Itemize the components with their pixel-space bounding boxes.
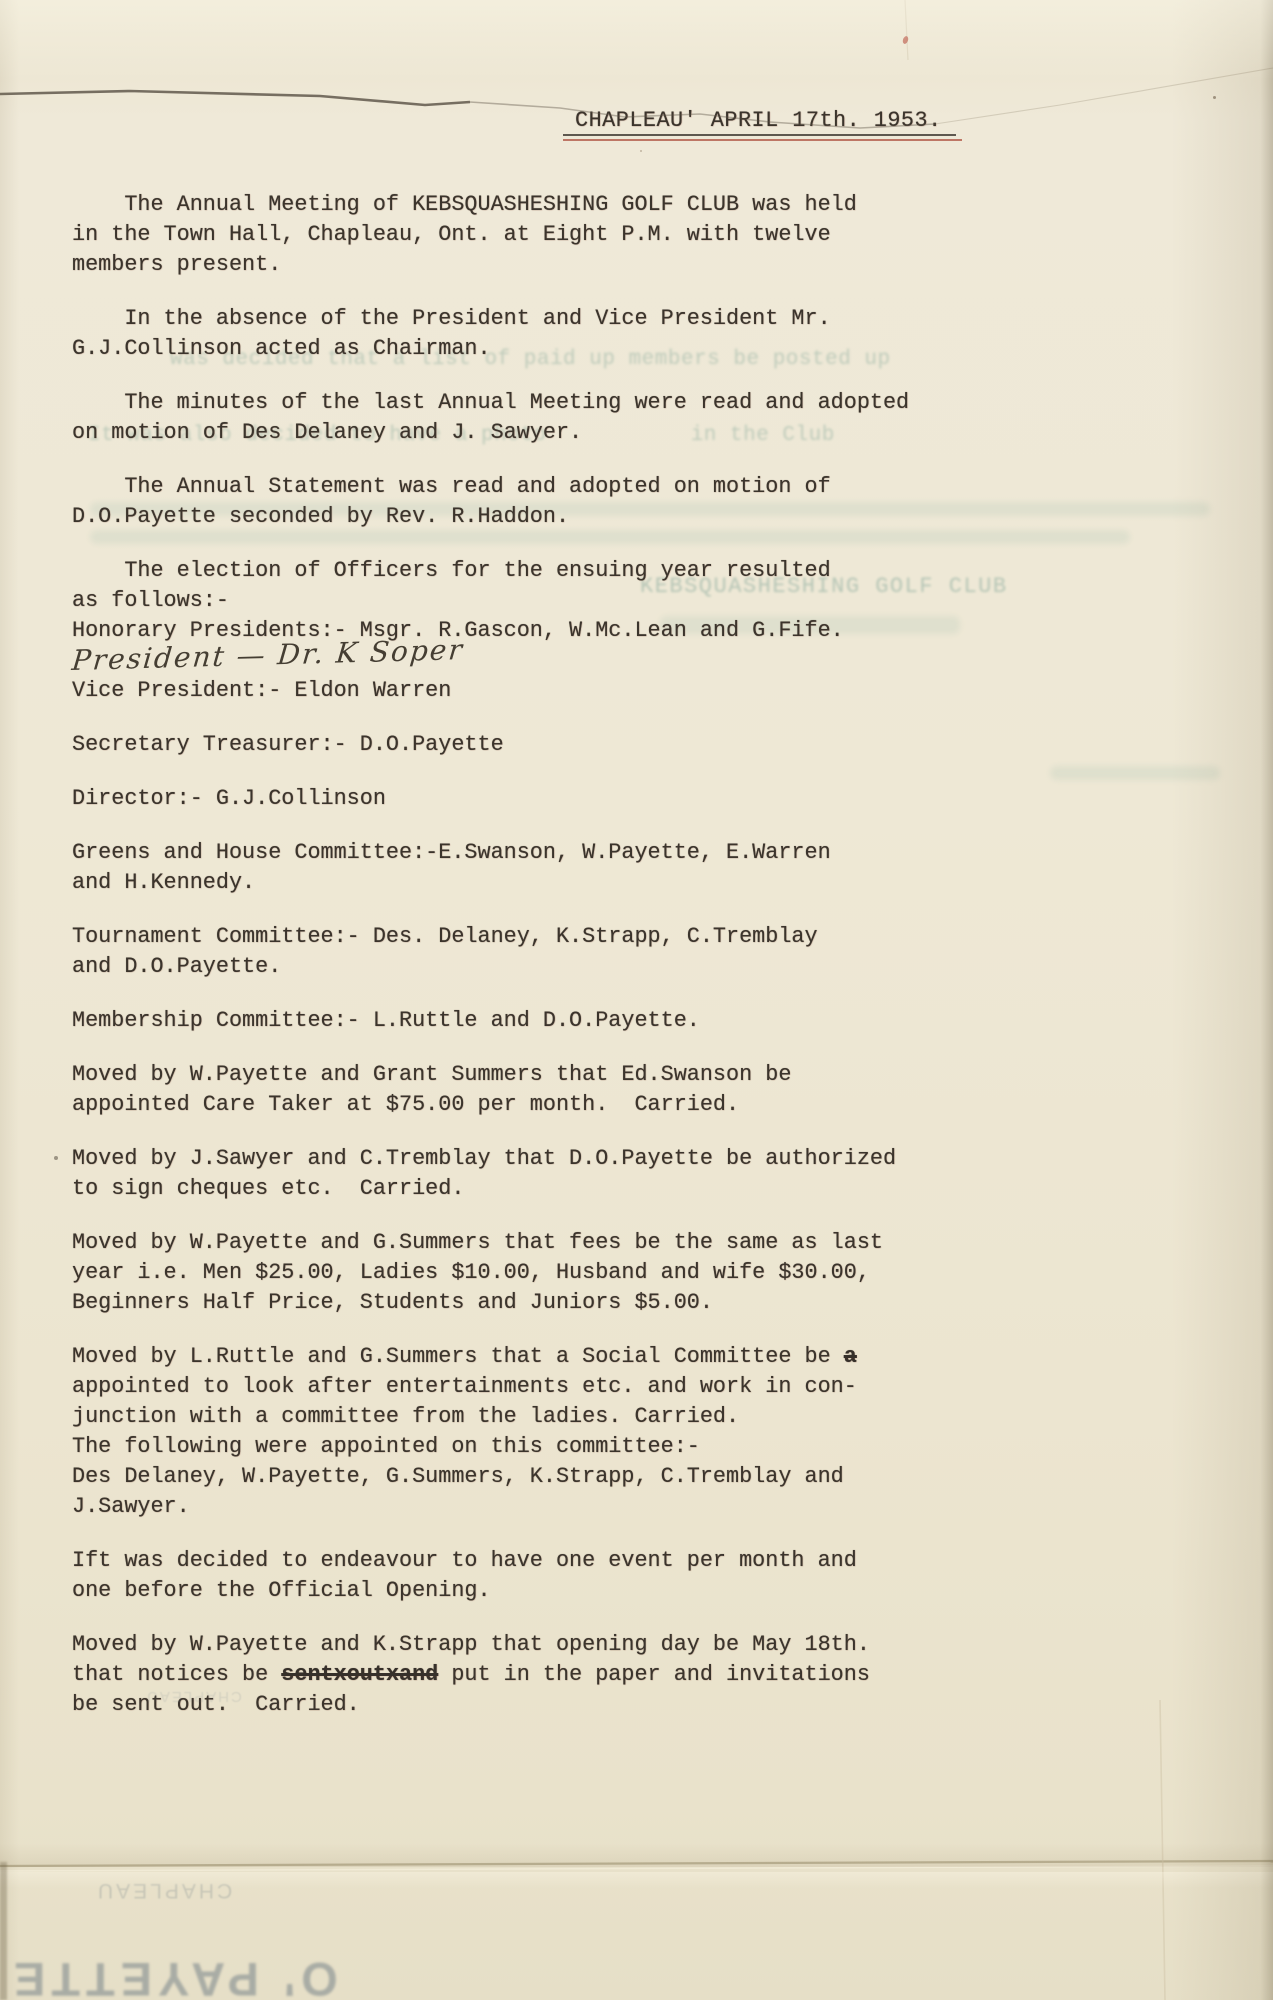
document-line: on motion of Des Delaney and J. Sawyer. <box>72 418 1232 448</box>
document-body: The Annual Meeting of KEBSQUASHESHING GO… <box>72 190 1232 1744</box>
dust-speck <box>1213 96 1216 99</box>
bottom-fold-crease <box>0 1861 1273 1866</box>
document-line: Moved by W.Payette and K.Strapp that ope… <box>72 1630 1232 1660</box>
vertical-crease-bottom <box>1160 1700 1165 2000</box>
document-line: be sent out. Carried. <box>72 1690 1232 1720</box>
paragraph: Moved by W.Payette and K.Strapp that ope… <box>72 1630 1232 1720</box>
document-line: as follows:- <box>72 586 1232 616</box>
document-line: Des Delaney, W.Payette, G.Summers, K.Str… <box>72 1462 1232 1492</box>
document-line: Director:- G.J.Collinson <box>72 784 1232 814</box>
bottom-fold-highlight <box>0 1866 1273 1871</box>
paragraph: Secretary Treasurer:- D.O.Payette <box>72 730 1232 760</box>
strikethrough-text: sentxoutxand <box>281 1662 438 1687</box>
document-line: Membership Committee:- L.Ruttle and D.O.… <box>72 1006 1232 1036</box>
paragraph: Director:- G.J.Collinson <box>72 784 1232 814</box>
document-line: In the absence of the President and Vice… <box>72 304 1232 334</box>
dust-speck <box>54 1156 58 1160</box>
title-underline-red <box>563 139 962 141</box>
document-line: Tournament Committee:- Des. Delaney, K.S… <box>72 922 1232 952</box>
document-line: Moved by W.Payette and Grant Summers tha… <box>72 1060 1232 1090</box>
mirrored-bleed-text: CHAPLEAU <box>95 1878 232 1902</box>
document-line: The Annual Statement was read and adopte… <box>72 472 1232 502</box>
document-line: Secretary Treasurer:- D.O.Payette <box>72 730 1232 760</box>
document-line: D.O.Payette seconded by Rev. R.Haddon. <box>72 502 1232 532</box>
document-line: Beginners Half Price, Students and Junio… <box>72 1288 1232 1318</box>
document-line: Moved by W.Payette and G.Summers that fe… <box>72 1228 1232 1258</box>
text-segment: Moved by L.Ruttle and G.Summers that a S… <box>72 1344 844 1369</box>
paragraph: Moved by W.Payette and Grant Summers tha… <box>72 1060 1232 1120</box>
fold-shadow <box>0 1843 1273 1867</box>
document-line: in the Town Hall, Chapleau, Ont. at Eigh… <box>72 220 1232 250</box>
text-segment: put in the paper and invitations <box>438 1662 870 1687</box>
paragraph: Moved by L.Ruttle and G.Summers that a S… <box>72 1342 1232 1522</box>
top-fold-crease <box>0 91 470 105</box>
document-line: members present. <box>72 250 1232 280</box>
paragraph: Moved by J.Sawyer and C.Tremblay that D.… <box>72 1144 1232 1204</box>
paragraph: Membership Committee:- L.Ruttle and D.O.… <box>72 1006 1232 1036</box>
document-line: The election of Officers for the ensuing… <box>72 556 1232 586</box>
paragraph: The election of Officers for the ensuing… <box>72 556 1232 706</box>
document-line: that notices be sentxoutxand put in the … <box>72 1660 1232 1690</box>
mirrored-bleed-text: O' PAYETTE <box>8 1952 338 2000</box>
title-underline <box>563 134 956 136</box>
document-line: Moved by L.Ruttle and G.Summers that a S… <box>72 1342 1232 1372</box>
document-line: appointed Care Taker at $75.00 per month… <box>72 1090 1232 1120</box>
text-segment: that notices be <box>72 1662 281 1687</box>
page-edge-shadow <box>0 1862 7 2000</box>
document-line: year i.e. Men $25.00, Ladies $10.00, Hus… <box>72 1258 1232 1288</box>
document-line: and H.Kennedy. <box>72 868 1232 898</box>
strikethrough-text: a <box>844 1344 857 1369</box>
vertical-crease-top <box>905 0 908 60</box>
document-line: one before the Official Opening. <box>72 1576 1232 1606</box>
paragraph: Moved by W.Payette and G.Summers that fe… <box>72 1228 1232 1318</box>
document-line: G.J.Collinson acted as Chairman. <box>72 334 1232 364</box>
document-line: junction with a committee from the ladie… <box>72 1402 1232 1432</box>
document-line: The Annual Meeting of KEBSQUASHESHING GO… <box>72 190 1232 220</box>
document-title: CHAPLEAU' APRIL 17th. 1953. <box>575 108 942 133</box>
dust-speck <box>640 150 642 152</box>
document-line: Vice President:- Eldon Warren <box>72 676 1232 706</box>
document-line: Ift was decided to endeavour to have one… <box>72 1546 1232 1576</box>
top-fold-crease-faint <box>935 68 1273 124</box>
paragraph: The minutes of the last Annual Meeting w… <box>72 388 1232 448</box>
document-line: J.Sawyer. <box>72 1492 1232 1522</box>
document-line: The minutes of the last Annual Meeting w… <box>72 388 1232 418</box>
paragraph: Ift was decided to endeavour to have one… <box>72 1546 1232 1606</box>
document-line: appointed to look after entertainments e… <box>72 1372 1232 1402</box>
document-line: and D.O.Payette. <box>72 952 1232 982</box>
scanned-document-page: was decided that a list of paid up membe… <box>0 0 1273 2000</box>
red-ink-speck <box>902 35 909 44</box>
document-line: Moved by J.Sawyer and C.Tremblay that D.… <box>72 1144 1232 1174</box>
paragraph: The Annual Statement was read and adopte… <box>72 472 1232 532</box>
paragraph: The Annual Meeting of KEBSQUASHESHING GO… <box>72 190 1232 280</box>
document-line: to sign cheques etc. Carried. <box>72 1174 1232 1204</box>
mirrored-bleed-text: CHAPLEAU <box>145 1688 242 1705</box>
paragraph: In the absence of the President and Vice… <box>72 304 1232 364</box>
paragraph: Tournament Committee:- Des. Delaney, K.S… <box>72 922 1232 982</box>
paragraph: Greens and House Committee:-E.Swanson, W… <box>72 838 1232 898</box>
document-line: Greens and House Committee:-E.Swanson, W… <box>72 838 1232 868</box>
document-line: The following were appointed on this com… <box>72 1432 1232 1462</box>
